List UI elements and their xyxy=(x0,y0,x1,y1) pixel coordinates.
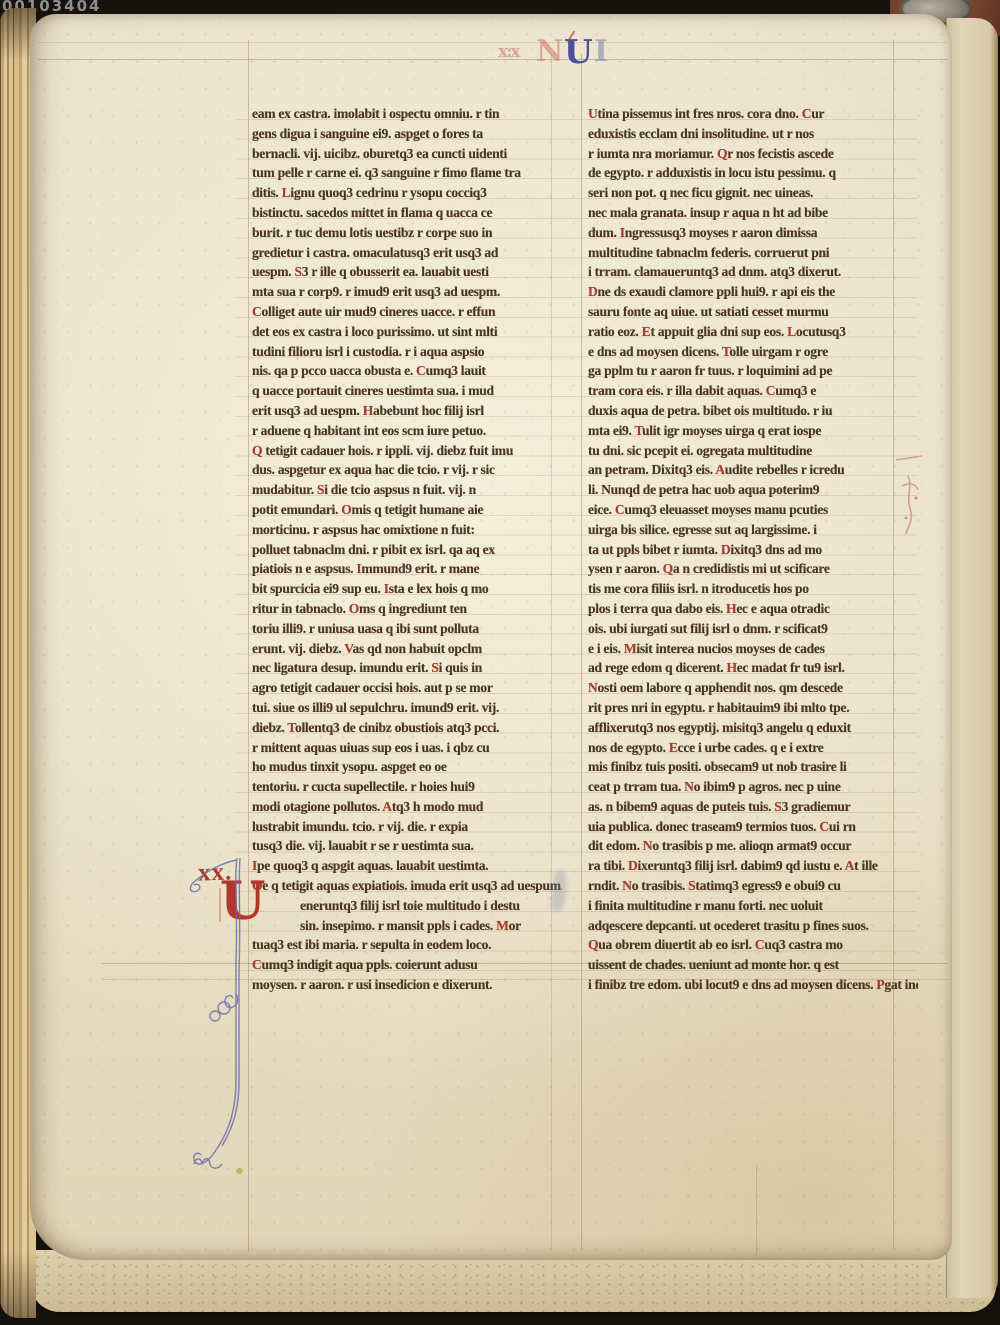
text-line: agro tetigit cadauer occisi hois. aut p … xyxy=(252,678,562,698)
text-line: tuaq3 est ibi maria. r sepulta in eodem … xyxy=(252,935,562,955)
text-line: gens digua i sanguine ei9. aspget o fore… xyxy=(252,124,562,144)
text-line: erit usq3 ad uespm. Habebunt hoc filij i… xyxy=(252,401,562,421)
text-line: bernacli. vij. uicibz. oburetq3 ea cunct… xyxy=(252,144,562,164)
text-line: li. Nunqd de petra hac uob aqua poterim9 xyxy=(588,480,918,500)
running-title-letter-faint: I xyxy=(594,34,608,69)
text-line: tu dni. sic pcepit ei. ogregata multitud… xyxy=(588,441,918,461)
text-line: Dne ds exaudi clamore ppli hui9. r api e… xyxy=(588,282,918,302)
text-line: lustrabit imundu. tcio. r vij. die. r ex… xyxy=(252,817,562,837)
text-line: r iumta nra moriamur. Qr nos fecistis as… xyxy=(588,144,918,164)
text-line: Q tetigit cadauer hois. r ippli. vij. di… xyxy=(252,441,562,461)
rubric-flourish: x:x xyxy=(498,42,519,62)
text-line: tui. siue os illi9 ul sepulchru. imund9 … xyxy=(252,698,562,718)
text-line: ritur in tabnaclo. Oms q ingrediunt ten xyxy=(252,599,562,619)
text-line: uia publica. donec traseam9 termios tuos… xyxy=(588,817,918,837)
running-title-letter-red: N xyxy=(536,34,563,69)
text-line: duxis aqua de petra. bibet ois multitudo… xyxy=(588,401,918,421)
text-line: Cumq3 indigit aqua ppls. coierunt adusu xyxy=(252,955,562,975)
text-line: e dns ad moysen dicens. Tolle uirgam r o… xyxy=(588,342,918,362)
ruling-line xyxy=(248,40,249,1252)
text-line: Colliget aute uir mud9 cineres uacce. r … xyxy=(252,302,562,322)
text-line: ta ut ppls bibet r iumta. Dixitq3 dns ad… xyxy=(588,540,918,560)
text-line: dus. aspgetur ex aqua hac die tcio. r vi… xyxy=(252,460,562,480)
text-line: mis finibz tuis positi. obsecam9 ut nob … xyxy=(588,757,918,777)
text-column-right: Utina pissemus int fres nros. cora dno. … xyxy=(588,104,918,995)
text-line: ceat p trram tua. No ibim9 p agros. nec … xyxy=(588,777,918,797)
chapter-initial: U xyxy=(220,876,265,928)
text-line: bit spurcicia ei9 sup eu. Ista e lex hoi… xyxy=(252,579,562,599)
text-line: erunt. vij. diebz. Vas qd non habuit opc… xyxy=(252,639,562,659)
manuscript-page: x:x N U I eam ex castra. imolabit i ospe… xyxy=(30,14,952,1260)
text-line: Oe q tetigit aquas expiatiois. imuda eri… xyxy=(252,876,562,896)
text-line: eneruntq3 filij isrl toie multitudo i de… xyxy=(252,896,562,916)
text-line: tudini filioru isrl i custodia. r i aqua… xyxy=(252,342,562,362)
text-line: nis. qa p pcco uacca obusta e. Cumq3 lau… xyxy=(252,361,562,381)
ruling-line xyxy=(38,42,946,43)
text-column-left: eam ex castra. imolabit i ospectu omniu.… xyxy=(252,104,562,995)
parchment-stain xyxy=(236,1168,243,1174)
text-line: tram cora eis. r illa dabit aquas. Cumq3… xyxy=(588,381,918,401)
text-line: e i eis. Misit interea nucios moyses de … xyxy=(588,639,918,659)
text-line: bistinctu. sacedos mittet in flama q uac… xyxy=(252,203,562,223)
text-line: dum. Ingressusq3 moyses r aaron dimissa xyxy=(588,223,918,243)
text-line: mta ei9. Tulit igr moyses uirga q erat i… xyxy=(588,421,918,441)
text-line: ois. ubi iurgati sut filij isrl o dnm. r… xyxy=(588,619,918,639)
text-line: Ipe quoq3 q aspgit aquas. lauabit uestim… xyxy=(252,856,562,876)
text-line: polluet tabnaclm dni. r pibit ex isrl. q… xyxy=(252,540,562,560)
text-line: r aduene q habitant int eos scm iure pet… xyxy=(252,421,562,441)
text-line: tum pelle r carne ei. q3 sanguine r fimo… xyxy=(252,163,562,183)
text-line: uespm. S3 r ille q obusserit ea. lauabit… xyxy=(252,262,562,282)
text-line: ra tibi. Dixeruntq3 filij isrl. dabim9 q… xyxy=(588,856,918,876)
text-line: i finibz tre edom. ubi locut9 e dns ad m… xyxy=(588,975,918,995)
text-line: as. n bibem9 aquas de puteis tuis. S3 gr… xyxy=(588,797,918,817)
text-line: rit pres nri in egyptu. r habitauim9 ibi… xyxy=(588,698,918,718)
text-line: nec ligatura desup. imundu erit. Si quis… xyxy=(252,658,562,678)
text-line: uissent de chades. ueniunt ad monte hor.… xyxy=(588,955,918,975)
text-line: eice. Cumq3 eleuasset moyses manu pcutie… xyxy=(588,500,918,520)
text-line: nos de egypto. Ecce i urbe cades. q e i … xyxy=(588,738,918,758)
text-line: tusq3 die. vij. lauabit r se r uestimta … xyxy=(252,836,562,856)
text-line: an petram. Dixitq3 eis. Audite rebelles … xyxy=(588,460,918,480)
text-line: ditis. Lignu quoq3 cedrinu r ysopu cocci… xyxy=(252,183,562,203)
text-line: ratio eoz. Et appuit glia dni sup eos. L… xyxy=(588,322,918,342)
text-line: i trram. clamaueruntq3 ad dnm. atq3 dixe… xyxy=(588,262,918,282)
text-line: Nosti oem labore q apphendit nos. qm des… xyxy=(588,678,918,698)
text-line: sin. insepimo. r mansit ppls i cades. Mo… xyxy=(252,916,562,936)
text-line: afflixerutq3 nos egyptij. misitq3 angelu… xyxy=(588,718,918,738)
text-line: tentoriu. r cucta supellectile. r hoies … xyxy=(252,777,562,797)
text-line: q uacce portauit cineres uestimta sua. i… xyxy=(252,381,562,401)
text-line: ga pplm tu r aaron fr tuus. r loquimini … xyxy=(588,361,918,381)
text-line: toriu illi9. r uniusa uasa q ibi sunt po… xyxy=(252,619,562,639)
photo-black-border-top: 00103404 xyxy=(0,0,890,14)
text-line: uirga bis silice. egresse sut aq largiss… xyxy=(588,520,918,540)
text-line: r mittent aquas uiuas sup eos i uas. i q… xyxy=(252,738,562,758)
text-line: i finita multitudine r manu forti. nec u… xyxy=(588,896,918,916)
ruling-line xyxy=(581,54,582,1250)
text-line: rndit. No trasibis. Statimq3 egress9 e o… xyxy=(588,876,918,896)
text-line: modi otagione pollutos. Atq3 h modo mud xyxy=(252,797,562,817)
underlying-page-edge-right xyxy=(946,18,998,1298)
text-line: mta sua r corp9. r imud9 erit usq3 ad ue… xyxy=(252,282,562,302)
text-line: ho mudus tinxit ysopu. aspget eo oe xyxy=(252,757,562,777)
text-line: potit emundari. Omis q tetigit humane ai… xyxy=(252,500,562,520)
text-line: mudabitur. Si die tcio aspsus n fuit. vi… xyxy=(252,480,562,500)
text-line: moysen. r aaron. r usi insedicion e dixe… xyxy=(252,975,562,995)
text-line: multitudine tabnaclm federis. corruerut … xyxy=(588,243,918,263)
text-line: gredietur i castra. omaculatusq3 erit us… xyxy=(252,243,562,263)
text-line: tis me cora filiis isrl. n itroducetis h… xyxy=(588,579,918,599)
text-line: Qua obrem diuertit ab eo isrl. Cuq3 cast… xyxy=(588,935,918,955)
text-line: sauru fonte aq uiue. ut satiati cesset m… xyxy=(588,302,918,322)
text-line: nec mala granata. insup r aqua n ht ad b… xyxy=(588,203,918,223)
text-line: burit. r tuc demu lotis uestibz r corpe … xyxy=(252,223,562,243)
text-line: det eos ex castra i loco purissimo. ut s… xyxy=(252,322,562,342)
text-line: ad rege edom q dicerent. Hec madat fr tu… xyxy=(588,658,918,678)
text-line: piatiois n e aspsus. Immund9 erit. r man… xyxy=(252,559,562,579)
text-line: morticinu. r aspsus hac omixtione n fuit… xyxy=(252,520,562,540)
text-line: de egypto. r adduxistis in locu istu pes… xyxy=(588,163,918,183)
parchment-crease xyxy=(756,1164,757,1256)
text-line: Utina pissemus int fres nros. cora dno. … xyxy=(588,104,918,124)
text-line: dit edom. No trasibis p me. alioqn armat… xyxy=(588,836,918,856)
text-line: eduxistis ecclam dni insolitudine. ut r … xyxy=(588,124,918,144)
ruling-line xyxy=(38,59,948,60)
text-line: adqescere depcanti. ut ocederet trasitu … xyxy=(588,916,918,936)
text-line: ysen r aaron. Qa n credidistis mi ut sci… xyxy=(588,559,918,579)
text-line: plos i terra qua dabo eis. Hec e aqua ot… xyxy=(588,599,918,619)
text-line: seri non pot. q nec ficu gignit. nec uin… xyxy=(588,183,918,203)
text-line: eam ex castra. imolabit i ospectu omniu.… xyxy=(252,104,562,124)
text-line: diebz. Tollentq3 de cinibz obustiois atq… xyxy=(252,718,562,738)
